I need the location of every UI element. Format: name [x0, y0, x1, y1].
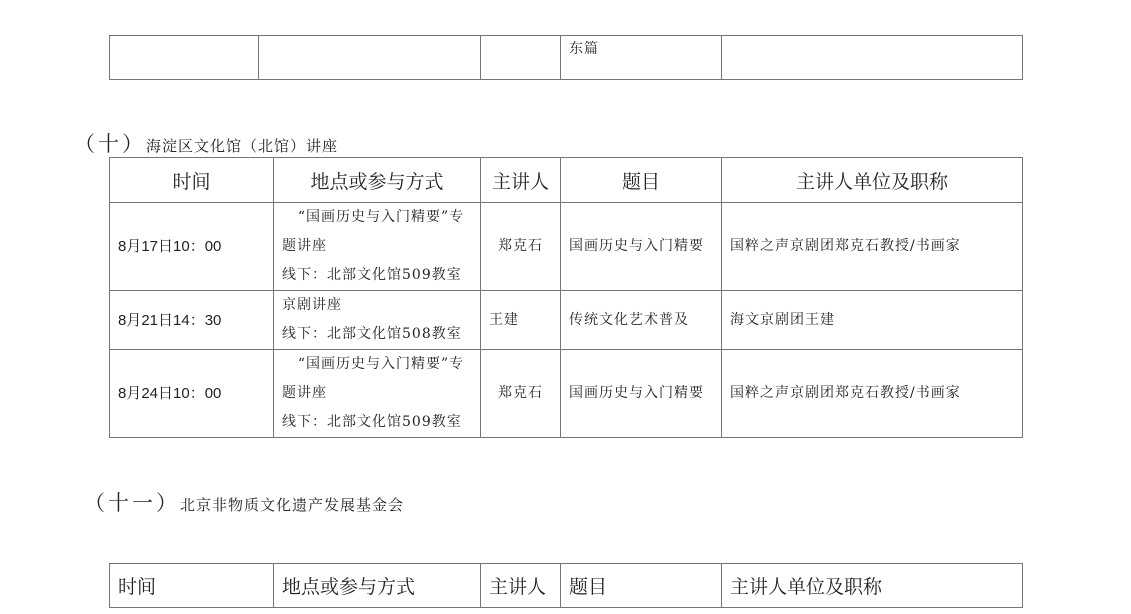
cell-topic: 东篇	[561, 36, 722, 80]
section-11-table: 时间 地点或参与方式 主讲人 题目 主讲人单位及职称	[109, 563, 1023, 608]
section-10-table: 时间 地点或参与方式 主讲人 题目 主讲人单位及职称 8月17日10：00 “国…	[109, 157, 1023, 438]
cell-speaker: 郑克石	[481, 203, 561, 291]
section-11-number: （十一）	[84, 491, 180, 515]
section-11-heading: （十一）北京非物质文化遗产发展基金会	[84, 487, 404, 517]
section-10-title: 海淀区文化馆（北馆）讲座	[146, 137, 338, 155]
cell-place	[259, 36, 481, 80]
header-affiliation: 主讲人单位及职称	[722, 158, 1023, 203]
place-line: “国画历史与入门精要”专	[282, 350, 480, 379]
header-speaker: 主讲人	[481, 564, 561, 608]
header-speaker: 主讲人	[481, 158, 561, 203]
cell-speaker: 郑克石	[481, 350, 561, 438]
place-line: 线下：北部文化馆509教室	[282, 408, 480, 437]
header-place: 地点或参与方式	[274, 564, 481, 608]
section-10-heading: （十）海淀区文化馆（北馆）讲座	[74, 128, 338, 158]
header-place: 地点或参与方式	[274, 158, 481, 203]
cell-affiliation	[722, 36, 1023, 80]
cell-time	[110, 36, 259, 80]
place-line: 京剧讲座	[282, 291, 480, 320]
cell-topic: 国画历史与入门精要	[561, 203, 722, 291]
cell-topic: 传统文化艺术普及	[561, 291, 722, 350]
table-header-row: 时间 地点或参与方式 主讲人 题目 主讲人单位及职称	[110, 564, 1023, 608]
table-row: 东篇	[110, 36, 1023, 80]
place-line: 题讲座	[282, 379, 480, 408]
cell-speaker	[481, 36, 561, 80]
section-10-number: （十）	[74, 132, 146, 156]
place-line: 线下：北部文化馆508教室	[282, 320, 480, 349]
section-11-title: 北京非物质文化遗产发展基金会	[180, 496, 404, 514]
header-time: 时间	[110, 158, 274, 203]
table-row: 8月17日10：00 “国画历史与入门精要”专 题讲座 线下：北部文化馆509教…	[110, 203, 1023, 291]
table-row: 8月24日10：00 “国画历史与入门精要”专 题讲座 线下：北部文化馆509教…	[110, 350, 1023, 438]
table-row: 8月21日14：30 京剧讲座 线下：北部文化馆508教室 王建 传统文化艺术普…	[110, 291, 1023, 350]
cell-place: 京剧讲座 线下：北部文化馆508教室	[274, 291, 481, 350]
place-line: 线下：北部文化馆509教室	[282, 261, 480, 290]
place-line: “国画历史与入门精要”专	[282, 203, 480, 232]
cell-place: “国画历史与入门精要”专 题讲座 线下：北部文化馆509教室	[274, 203, 481, 291]
cell-time: 8月24日10：00	[110, 350, 274, 438]
cell-time: 8月21日14：30	[110, 291, 274, 350]
cell-affiliation: 国粹之声京剧团郑克石教授/书画家	[722, 350, 1023, 438]
previous-section-table: 东篇	[109, 35, 1023, 80]
cell-affiliation: 国粹之声京剧团郑克石教授/书画家	[722, 203, 1023, 291]
header-topic: 题目	[561, 564, 722, 608]
cell-place: “国画历史与入门精要”专 题讲座 线下：北部文化馆509教室	[274, 350, 481, 438]
table-header-row: 时间 地点或参与方式 主讲人 题目 主讲人单位及职称	[110, 158, 1023, 203]
header-topic: 题目	[561, 158, 722, 203]
header-time: 时间	[110, 564, 274, 608]
cell-speaker: 王建	[481, 291, 561, 350]
cell-affiliation: 海文京剧团王建	[722, 291, 1023, 350]
place-line: 题讲座	[282, 232, 480, 261]
cell-time: 8月17日10：00	[110, 203, 274, 291]
cell-topic: 国画历史与入门精要	[561, 350, 722, 438]
header-affiliation: 主讲人单位及职称	[722, 564, 1023, 608]
